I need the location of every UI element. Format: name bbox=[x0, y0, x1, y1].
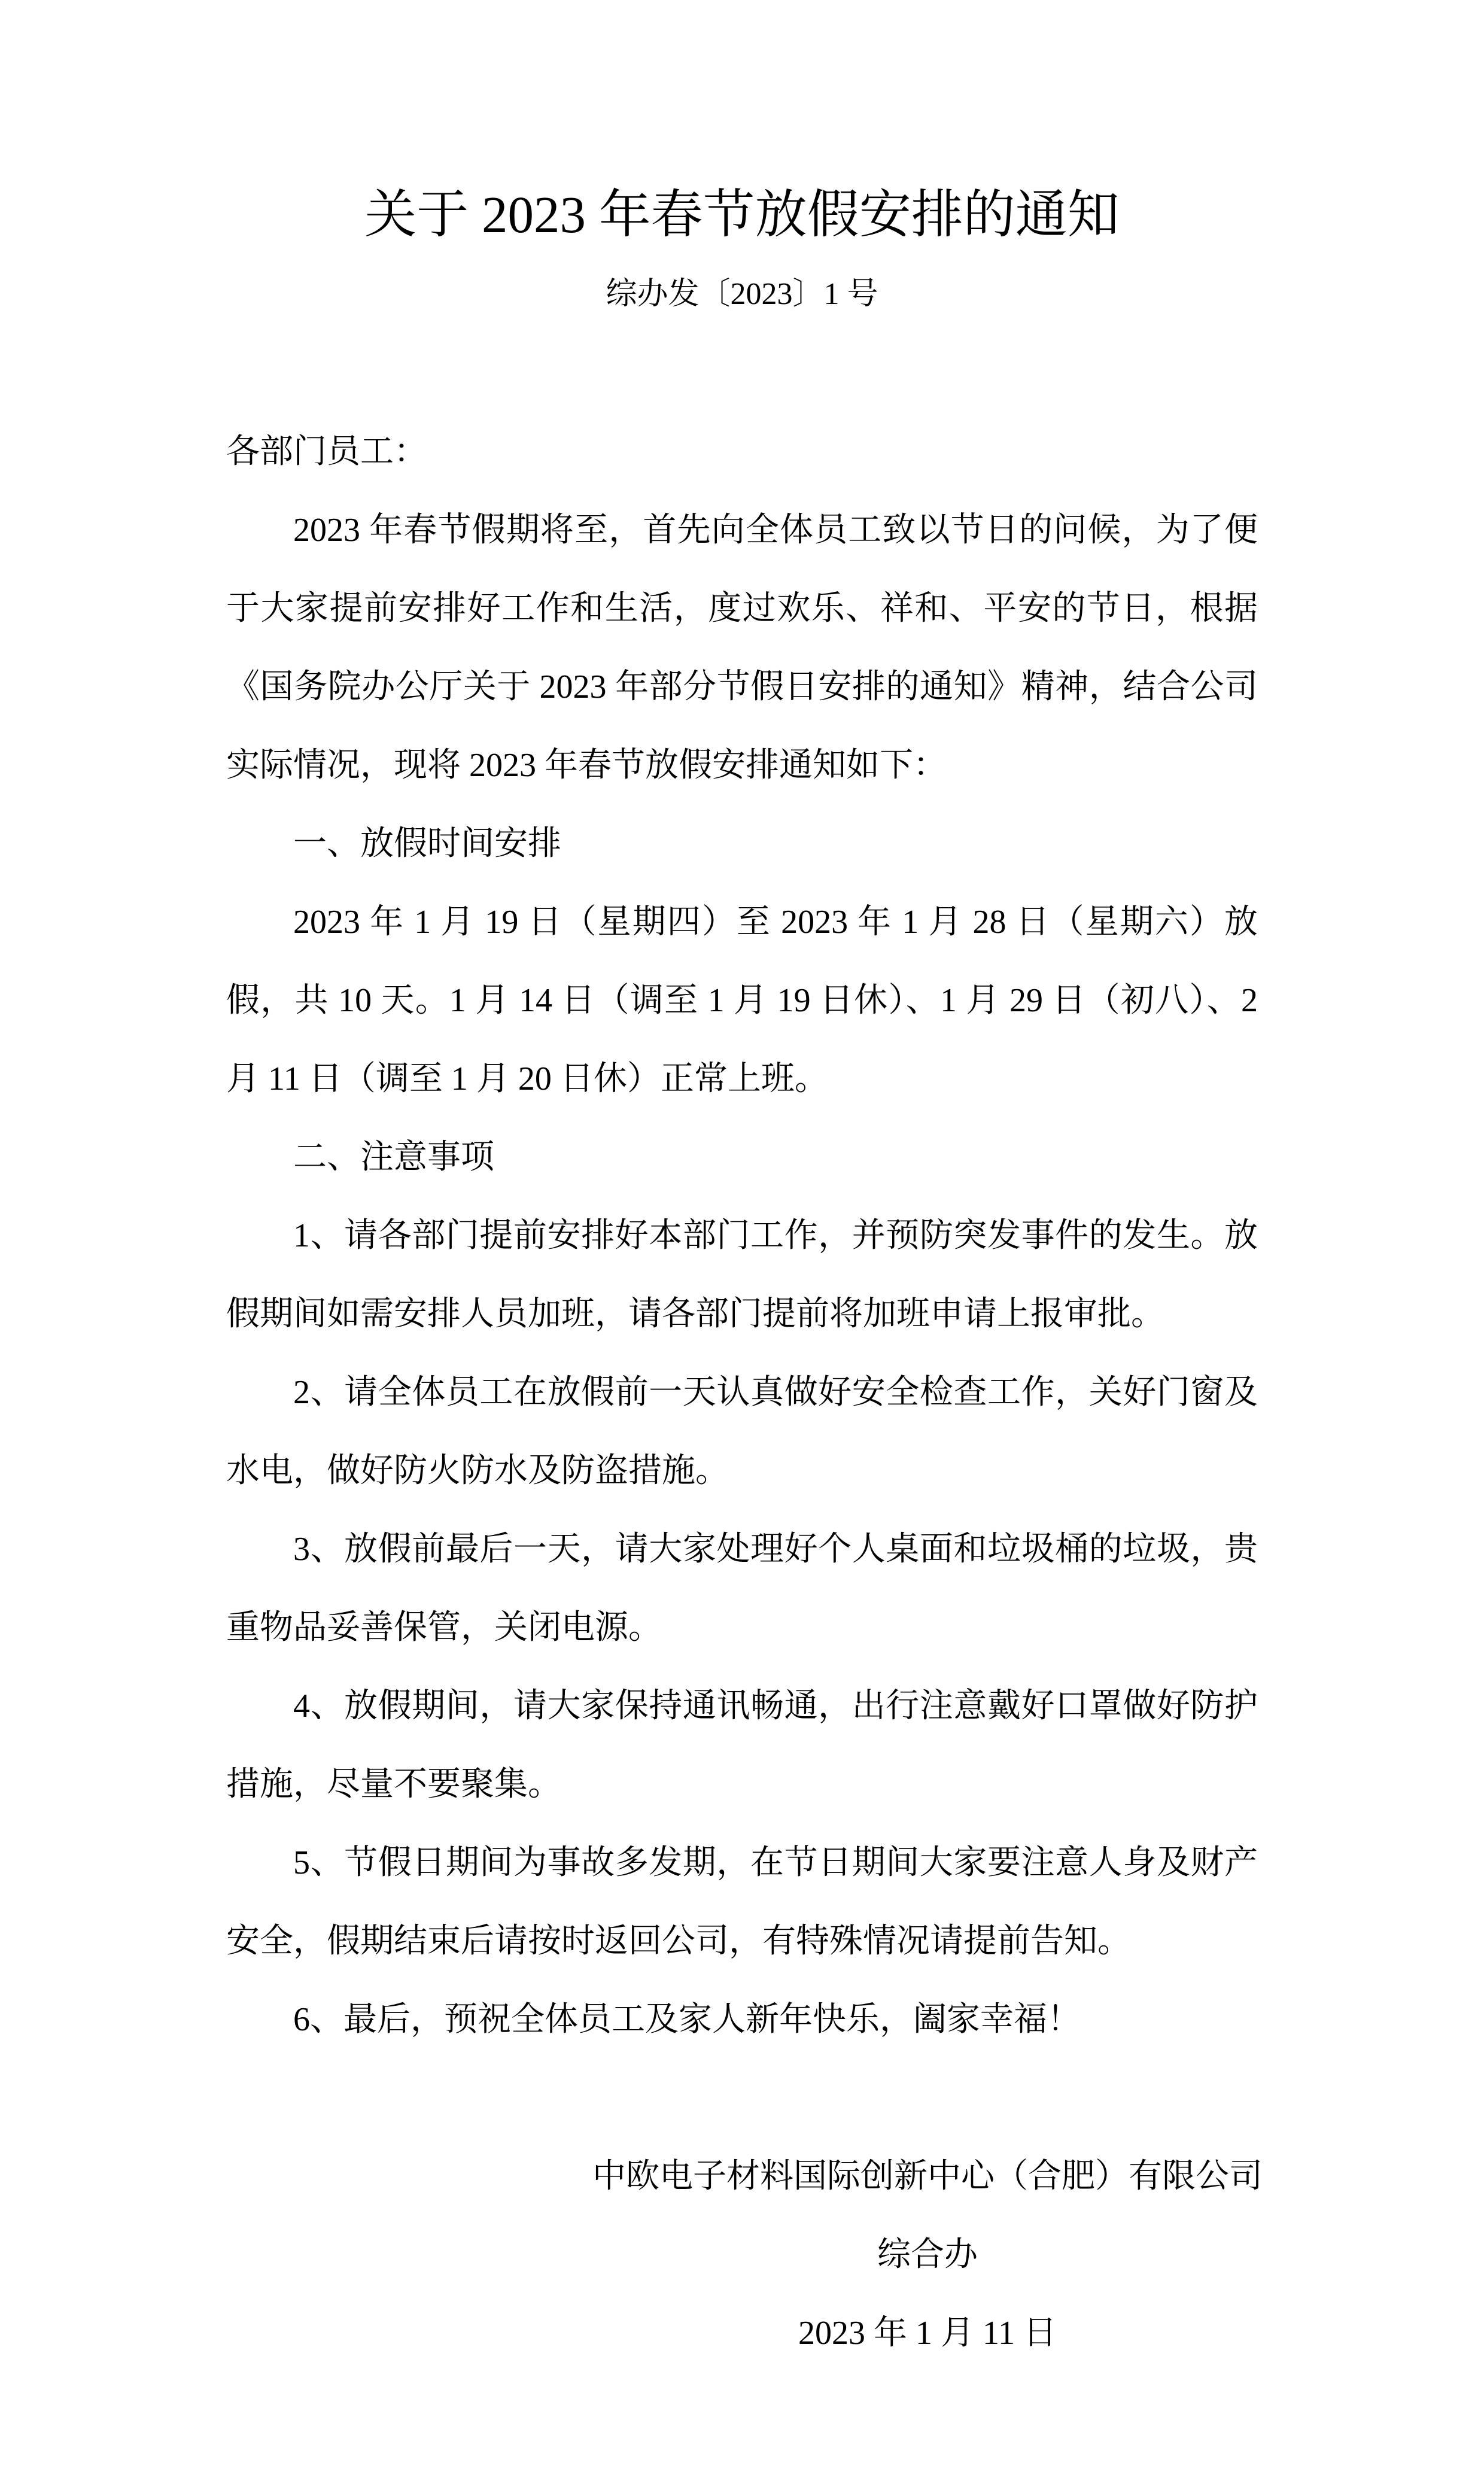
paragraph-holiday-dates: 2023 年 1 月 19 日（星期四）至 2023 年 1 月 28 日（星期… bbox=[226, 883, 1258, 1118]
section-heading-2: 二、注意事项 bbox=[226, 1118, 1258, 1197]
note-item-4: 4、放假期间，请大家保持通讯畅通，出行注意戴好口罩做好防护措施，尽量不要聚集。 bbox=[226, 1667, 1258, 1824]
section-heading-1: 一、放假时间安排 bbox=[226, 805, 1258, 883]
note-item-6: 6、最后，预祝全体员工及家人新年快乐，阖家幸福！ bbox=[226, 1981, 1258, 2059]
paragraph-intro: 2023 年春节假期将至，首先向全体员工致以节日的问候，为了便于大家提前安排好工… bbox=[226, 491, 1258, 805]
body-paragraphs: 各部门员工： 2023 年春节假期将至，首先向全体员工致以节日的问候，为了便于大… bbox=[226, 413, 1258, 2059]
signature-date: 2023 年 1 月 11 日 bbox=[592, 2294, 1263, 2373]
note-item-5: 5、节假日期间为事故多发期，在节日期间大家要注意人身及财产安全，假期结束后请按时… bbox=[226, 1824, 1258, 1981]
note-item-1: 1、请各部门提前安排好本部门工作，并预防突发事件的发生。放假期间如需安排人员加班… bbox=[226, 1197, 1258, 1354]
signature-department: 综合办 bbox=[592, 2216, 1263, 2294]
doc-number: 综办发〔2023〕1 号 bbox=[0, 270, 1484, 318]
note-item-3: 3、放假前最后一天，请大家处理好个人桌面和垃圾桶的垃圾，贵重物品妥善保管，关闭电… bbox=[226, 1510, 1258, 1667]
page-title: 关于 2023 年春节放假安排的通知 bbox=[0, 181, 1484, 248]
notice-page: 关于 2023 年春节放假安排的通知 综办发〔2023〕1 号 各部门员工： 2… bbox=[0, 0, 1484, 2466]
note-item-2: 2、请全体员工在放假前一天认真做好安全检查工作，关好门窗及水电，做好防火防水及防… bbox=[226, 1354, 1258, 1510]
signature-block: 中欧电子材料国际创新中心（合肥）有限公司 综合办 2023 年 1 月 11 日 bbox=[592, 2137, 1263, 2373]
signature-company: 中欧电子材料国际创新中心（合肥）有限公司 bbox=[592, 2137, 1263, 2216]
salutation: 各部门员工： bbox=[226, 413, 1258, 491]
